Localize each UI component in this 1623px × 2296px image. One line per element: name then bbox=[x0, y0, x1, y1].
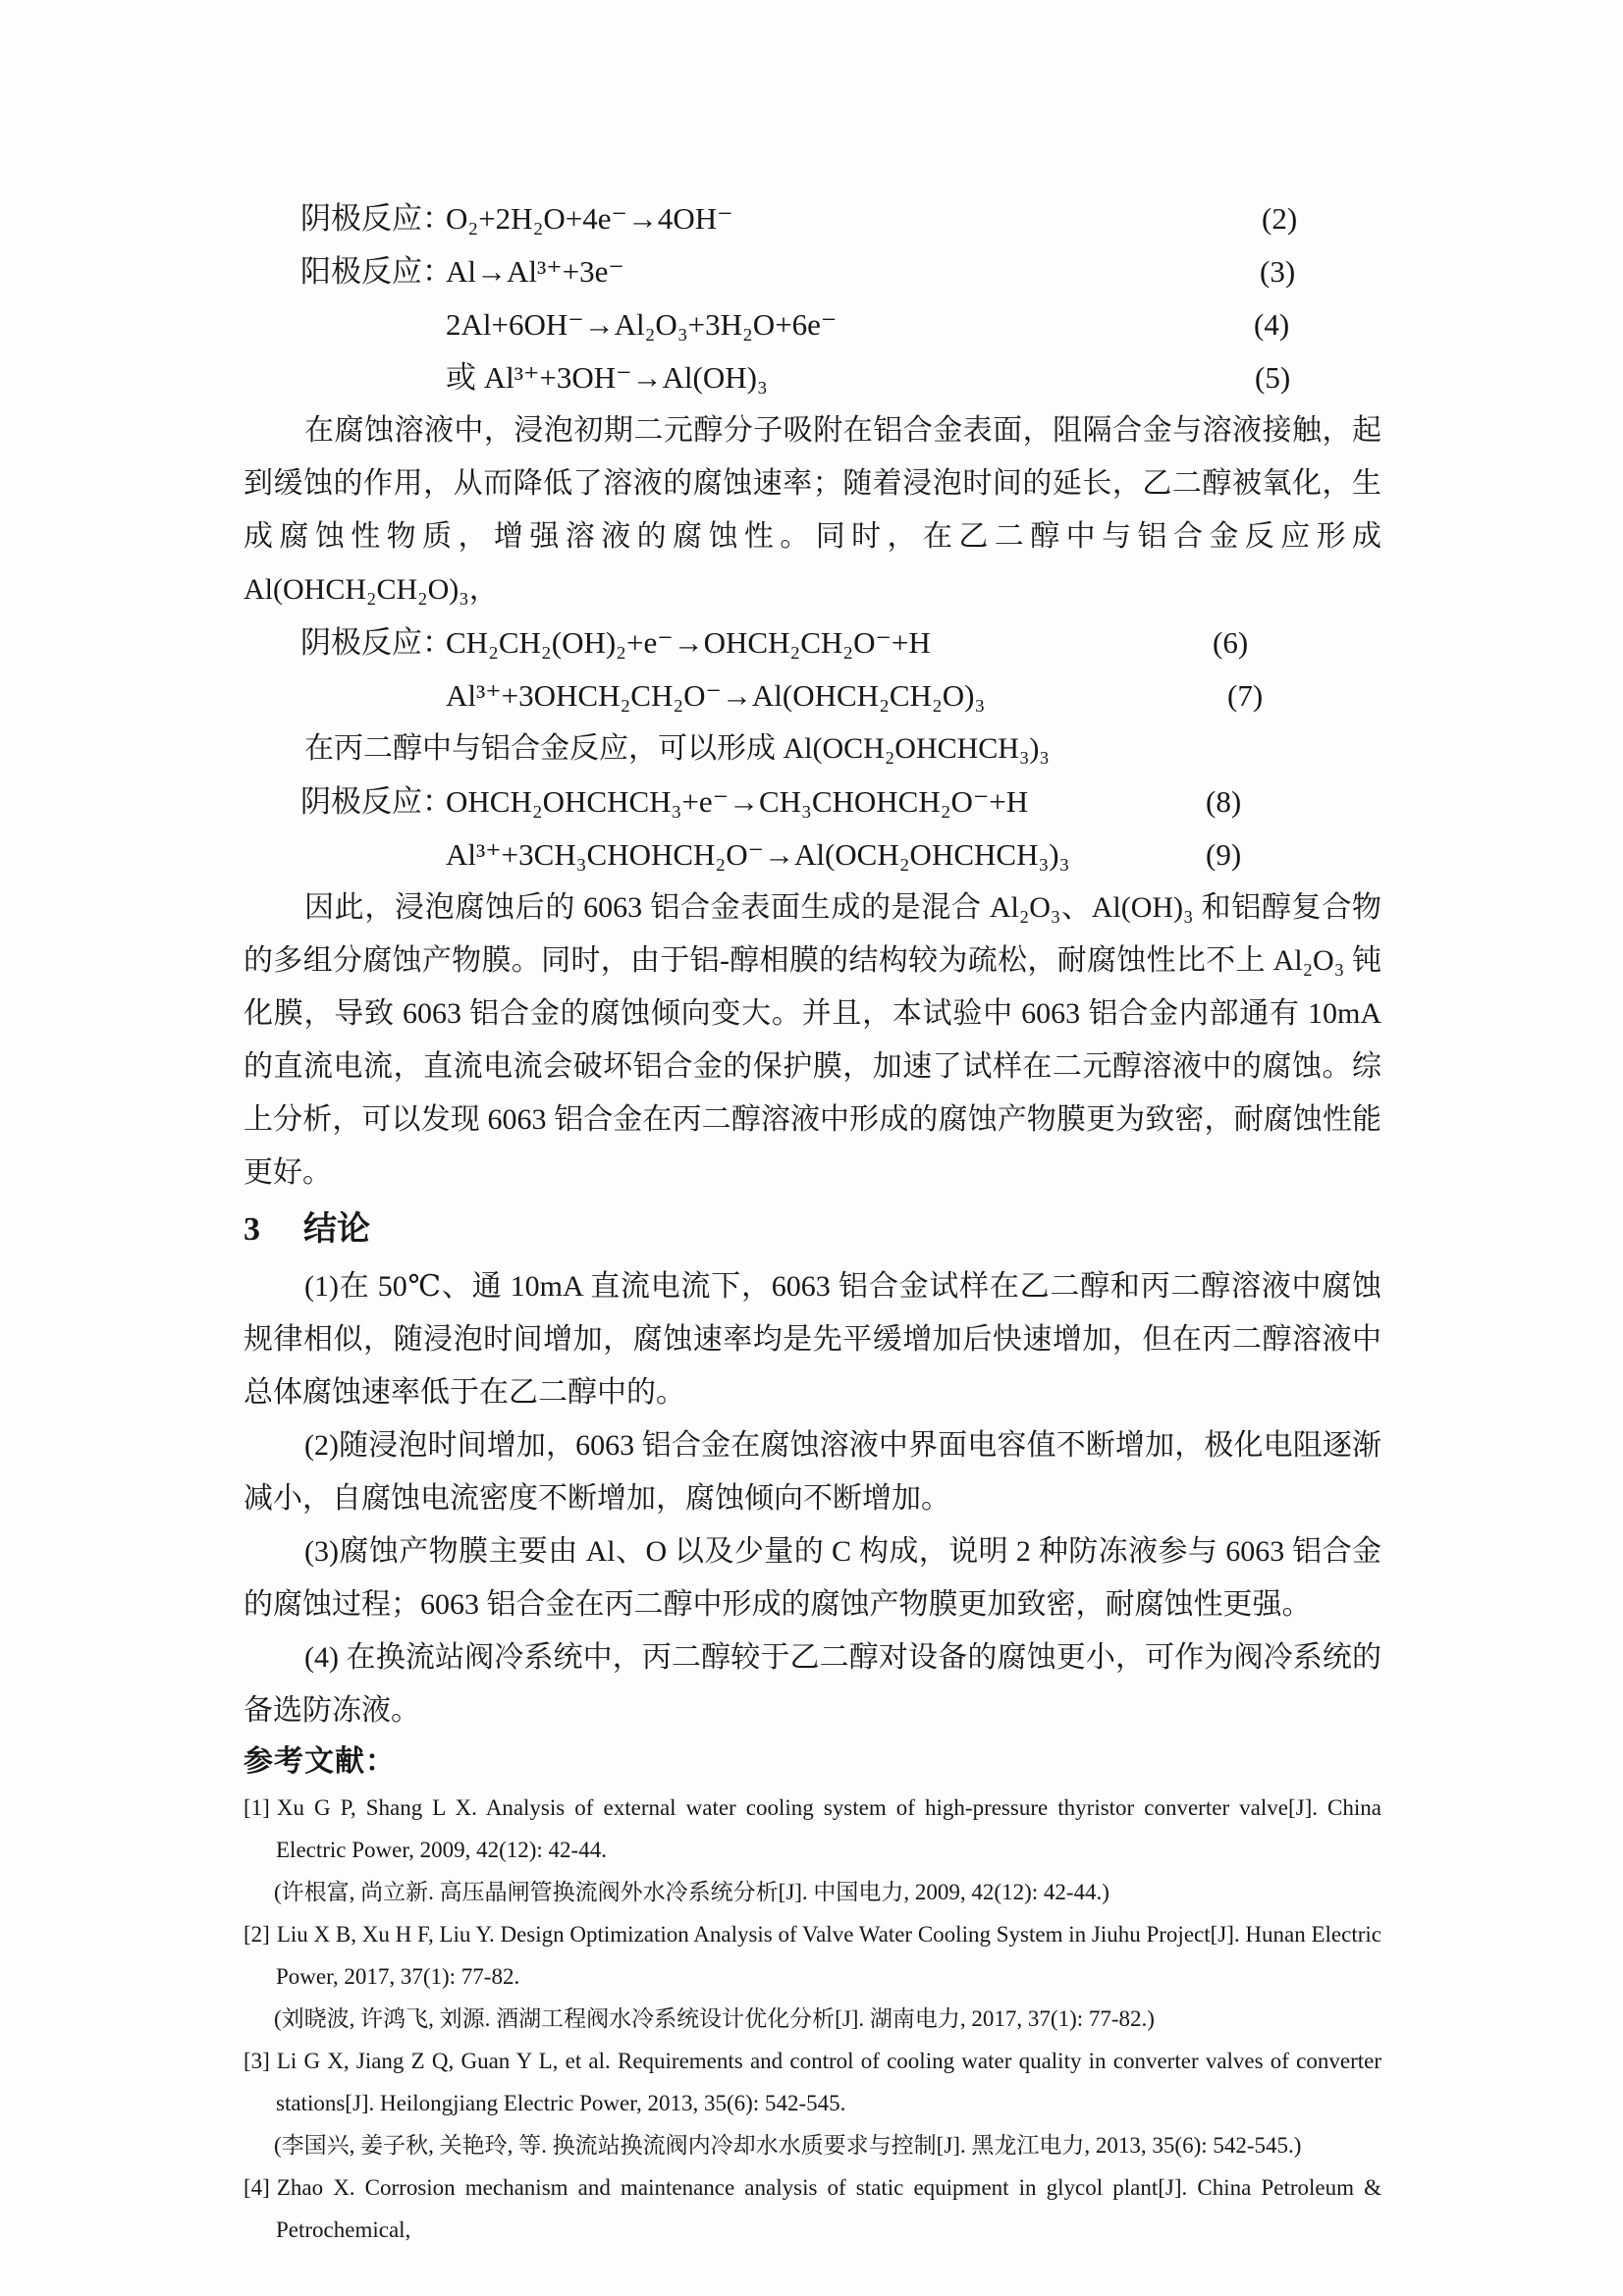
equation-row: 阴极反应： CH₂CH₂(OH)₂+e⁻→OHCH₂CH₂O⁻+H (6) bbox=[243, 616, 1381, 669]
reference-entry: [2]Liu X B, Xu H F, Liu Y. Design Optimi… bbox=[243, 1913, 1381, 2040]
equation-number: (6) bbox=[1213, 616, 1248, 669]
reference-text-en: [1]Xu G P, Shang L X. Analysis of extern… bbox=[243, 1787, 1381, 1871]
equation-formula: CH₂CH₂(OH)₂+e⁻→OHCH₂CH₂O⁻+H bbox=[446, 616, 931, 669]
equation-row: 2Al+6OH⁻→Al₂O₃+3H₂O+6e⁻ (4) bbox=[243, 298, 1381, 351]
equation-label: 阴极反应： bbox=[300, 616, 453, 669]
reference-text-cn: (许根富, 尚立新. 高压晶闸管换流阀外水冷系统分析[J]. 中国电力, 200… bbox=[243, 1871, 1381, 1913]
equation-formula: Al→Al³⁺+3e⁻ bbox=[446, 245, 624, 298]
references-list: [1]Xu G P, Shang L X. Analysis of extern… bbox=[243, 1787, 1381, 2251]
equation-number: (3) bbox=[1260, 245, 1295, 298]
reference-citation: Liu X B, Xu H F, Liu Y. Design Optimizat… bbox=[276, 1922, 1381, 1989]
equation-number: (4) bbox=[1254, 298, 1289, 351]
equation-number: (8) bbox=[1206, 775, 1241, 828]
equation-formula: Al³⁺+3OHCH₂CH₂O⁻→Al(OHCH₂CH₂O)₃ bbox=[446, 669, 985, 722]
reference-text-en: [2]Liu X B, Xu H F, Liu Y. Design Optimi… bbox=[243, 1913, 1381, 1998]
equation-number: (9) bbox=[1206, 828, 1241, 881]
paper-page: 阴极反应： O₂+2H₂O+4e⁻→4OH⁻ (2) 阳极反应： Al→Al³⁺… bbox=[0, 0, 1623, 2296]
reference-citation: Li G X, Jiang Z Q, Guan Y L, et al. Requ… bbox=[276, 2049, 1381, 2115]
equation-number: (2) bbox=[1262, 192, 1297, 245]
reference-text-cn: (李国兴, 姜子秋, 关艳玲, 等. 换流站换流阀内冷却水水质要求与控制[J].… bbox=[243, 2124, 1381, 2166]
paragraph-immersion-mechanism: 在腐蚀溶液中，浸泡初期二元醇分子吸附在铝合金表面，阻隔合金与溶液接触，起到缓蚀的… bbox=[243, 404, 1381, 616]
equation-block-ethylene-glycol: 阴极反应： CH₂CH₂(OH)₂+e⁻→OHCH₂CH₂O⁻+H (6) Al… bbox=[243, 616, 1381, 722]
equation-formula: 或 Al³⁺+3OH⁻→Al(OH)₃ bbox=[446, 351, 768, 404]
reference-tag: [1] bbox=[243, 1795, 270, 1820]
conclusion-paragraph-3: (3)腐蚀产物膜主要由 Al、O 以及少量的 C 构成，说明 2 种防冻液参与 … bbox=[243, 1525, 1381, 1631]
reference-entry: [1]Xu G P, Shang L X. Analysis of extern… bbox=[243, 1787, 1381, 1913]
equation-row: 阳极反应： Al→Al³⁺+3e⁻ (3) bbox=[243, 245, 1381, 298]
equation-row: 或 Al³⁺+3OH⁻→Al(OH)₃ (5) bbox=[243, 351, 1381, 404]
equation-formula: O₂+2H₂O+4e⁻→4OH⁻ bbox=[446, 192, 733, 245]
paragraph-corrosion-product-film: 因此，浸泡腐蚀后的 6063 铝合金表面生成的是混合 Al₂O₃、Al(OH)₃… bbox=[243, 881, 1381, 1200]
equation-label: 阴极反应： bbox=[300, 775, 453, 828]
paragraph-propylene-glycol-reaction: 在丙二醇中与铝合金反应，可以形成 Al(OCH₂OHCHCH₃)₃ bbox=[243, 722, 1381, 775]
reference-text-en: [3]Li G X, Jiang Z Q, Guan Y L, et al. R… bbox=[243, 2040, 1381, 2124]
reference-text-en: [4]Zhao X. Corrosion mechanism and maint… bbox=[243, 2166, 1381, 2251]
page-content: 阴极反应： O₂+2H₂O+4e⁻→4OH⁻ (2) 阳极反应： Al→Al³⁺… bbox=[243, 192, 1381, 2251]
conclusion-paragraph-1: (1)在 50℃、通 10mA 直流电流下，6063 铝合金试样在乙二醇和丙二醇… bbox=[243, 1260, 1381, 1419]
reference-tag: [3] bbox=[243, 2049, 270, 2073]
equation-number: (7) bbox=[1227, 669, 1263, 722]
references-heading: 参考文献： bbox=[243, 1737, 1381, 1787]
equation-label: 阴极反应： bbox=[300, 192, 453, 245]
conclusion-paragraph-2: (2)随浸泡时间增加，6063 铝合金在腐蚀溶液中界面电容值不断增加，极化电阻逐… bbox=[243, 1419, 1381, 1525]
reference-entry: [3]Li G X, Jiang Z Q, Guan Y L, et al. R… bbox=[243, 2040, 1381, 2166]
reference-entry: [4]Zhao X. Corrosion mechanism and maint… bbox=[243, 2166, 1381, 2251]
section-heading-conclusion: 3结论 bbox=[243, 1202, 1381, 1256]
section-title: 结论 bbox=[303, 1211, 370, 1248]
equation-label: 阳极反应： bbox=[300, 245, 453, 298]
reference-tag: [4] bbox=[243, 2175, 270, 2200]
reference-tag: [2] bbox=[243, 1922, 270, 1947]
equation-row: 阴极反应： O₂+2H₂O+4e⁻→4OH⁻ (2) bbox=[243, 192, 1381, 245]
reference-citation: Xu G P, Shang L X. Analysis of external … bbox=[276, 1795, 1381, 1862]
reference-citation: Zhao X. Corrosion mechanism and maintena… bbox=[276, 2175, 1381, 2242]
equation-formula: OHCH₂OHCHCH₃+e⁻→CH₃CHOHCH₂O⁻+H bbox=[446, 775, 1028, 828]
equation-row: Al³⁺+3OHCH₂CH₂O⁻→Al(OHCH₂CH₂O)₃ (7) bbox=[243, 669, 1381, 722]
equation-block-cathode-anode: 阴极反应： O₂+2H₂O+4e⁻→4OH⁻ (2) 阳极反应： Al→Al³⁺… bbox=[243, 192, 1381, 404]
conclusion-paragraph-4: (4) 在换流站阀冷系统中，丙二醇较于乙二醇对设备的腐蚀更小，可作为阀冷系统的备… bbox=[243, 1631, 1381, 1737]
equation-row: Al³⁺+3CH₃CHOHCH₂O⁻→Al(OCH₂OHCHCH₃)₃ (9) bbox=[243, 828, 1381, 881]
equation-formula: 2Al+6OH⁻→Al₂O₃+3H₂O+6e⁻ bbox=[446, 298, 837, 351]
section-number: 3 bbox=[243, 1211, 260, 1248]
equation-formula: Al³⁺+3CH₃CHOHCH₂O⁻→Al(OCH₂OHCHCH₃)₃ bbox=[446, 828, 1069, 881]
equation-number: (5) bbox=[1255, 351, 1290, 404]
equation-block-propylene-glycol: 阴极反应： OHCH₂OHCHCH₃+e⁻→CH₃CHOHCH₂O⁻+H (8)… bbox=[243, 775, 1381, 881]
reference-text-cn: (刘晓波, 许鸿飞, 刘源. 酒湖工程阀水冷系统设计优化分析[J]. 湖南电力,… bbox=[243, 1998, 1381, 2040]
equation-row: 阴极反应： OHCH₂OHCHCH₃+e⁻→CH₃CHOHCH₂O⁻+H (8) bbox=[243, 775, 1381, 828]
